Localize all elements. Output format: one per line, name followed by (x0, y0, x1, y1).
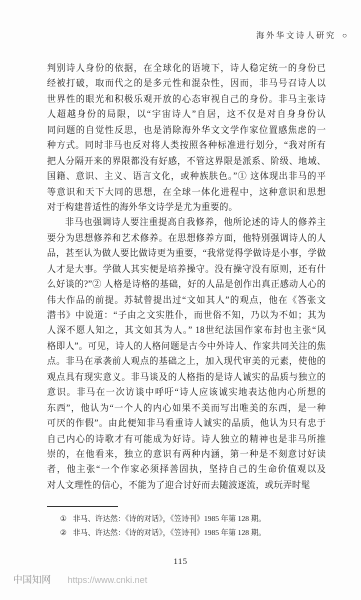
text-line: 伟大作品的前提。苏轼曾提出过“文如其人”的观点，他在《答张文 (47, 293, 326, 308)
text-line: 人深不愿人知之，其文如其为人。” 18世纪法国作家布封也主张“风 (47, 323, 326, 338)
text-line: 者，他主张“一个作家必须择善固执，坚持自己的生命价值观以及 (47, 462, 326, 477)
footnote-divider (47, 506, 118, 507)
text-line: 对人文理性的信心，不能为了迎合讨好而去随波逐流，或玩弄时髦 (47, 478, 326, 493)
text-line: 东西”，他认为“一个人的内心如果不美而写出唯美的东西，是一种 (47, 401, 326, 416)
text-line: 格即人”。可见，诗人的人格问题是古今中外诗人、作家共同关注的焦 (47, 339, 326, 354)
text-line: 种方式。同时非马也反对将人类按照各种标准进行划分，“我对所有 (47, 138, 326, 153)
text-line: 等意识和天下大同的思想，在全球一体化进程中，这种意识和思想 (47, 185, 326, 200)
footnote-marker: ① (60, 514, 67, 523)
text-line: 可厌的作假”。由此便知非马看重诗人诚实的品质，他认为只有忠于 (47, 416, 326, 431)
running-header-title: 海外华文诗人研究 (256, 31, 336, 40)
text-line: 点。非马在承袭前人观点的基础之上，加入现代审美的元素，使他的 (47, 354, 326, 369)
text-line: 要分为思想修养和艺术修养。在思想修养方面，他特别强调诗人的人 (47, 231, 326, 246)
text-line: 观点具有现实意义。非马谈及的人格指的是诗人诚实的品质与独立的 (47, 370, 326, 385)
text-line: 把人分隔开来的界限都没有好感，不管这界限是派系、阶级、地域、 (47, 154, 326, 169)
text-line: 人才是大事。学做人其实便是培养操守。没有操守没有原则，还有什 (47, 262, 326, 277)
running-header: 海外华文诗人研究 ○ (256, 30, 347, 41)
footnote: ①非马、许达然：《诗的对话》，《笠诗刊》1985 年第 128 期。 (60, 512, 340, 526)
section-circle-marker: ○ (342, 31, 347, 40)
article-body: 判别诗人身份的依据，在全球化的语境下，诗人稳定统一的身份已经被打破，取而代之的是… (47, 61, 326, 493)
document-page: 海外华文诗人研究 ○ 判别诗人身份的依据，在全球化的语境下，诗人稳定统一的身份已… (0, 0, 361, 600)
footnotes: ①非马、许达然：《诗的对话》，《笠诗刊》1985 年第 128 期。②非马、许达… (60, 512, 340, 539)
text-line: 品，甚至认为做人要比做诗更为重要，“我常觉得学做诗是小事，学做 (47, 246, 326, 261)
text-line: 非马也强调诗人要注重提高自我修养，他所论述的诗人的修养主 (47, 215, 326, 230)
footnote: ②非马、许达然：《诗的对话》，《笠诗刊》1985 年第 128 期。 (60, 526, 340, 540)
text-line: 自己内心的诗歌才有可能成为好诗。诗人独立的精神也是非马所推 (47, 432, 326, 447)
text-line: 经被打破，取而代之的是多元性和混杂性，因而，非马号召诗人以 (47, 76, 326, 91)
text-line: 么好谈的?”② 人格是诗格的基础，好的人品是创作出真正感动人心的 (47, 277, 326, 292)
cnki-brand: 中国知网 (13, 575, 51, 586)
text-line: 意识。非马在一次访谈中呼吁“诗人应该诚实地表达他内心所想的 (47, 385, 326, 400)
cnki-watermark: 中国知网 https://www.cnki.net (13, 572, 147, 586)
text-line: 崇的，在他看来，独立的意识有两种内涵，第一种是不刻意讨好读 (47, 447, 326, 462)
text-line: 同问题的自觉性反思，也是消除海外华文文学作家位置感焦虑的一 (47, 123, 326, 138)
text-line: 判别诗人身份的依据，在全球化的语境下，诗人稳定统一的身份已 (47, 61, 326, 76)
text-line: 潜书》中说道：“子由之文实胜仆，而世俗不知，乃以为不如；其为 (47, 308, 326, 323)
footnote-text: 非马、许达然：《诗的对话》，《笠诗刊》1985 年第 128 期。 (73, 514, 266, 523)
footnote-text: 非马、许达然：《诗的对话》，《笠诗刊》1985 年第 128 期。 (73, 528, 266, 537)
text-line: 人超越身份的局限，以“宇宙诗人”自居，这不仅是对自身身份认 (47, 107, 326, 122)
footnote-marker: ② (60, 528, 67, 537)
page-number: 115 (0, 556, 361, 566)
text-line: 国籍、意识、主义、语言文化，或种族肤色。”① 这体现出非马的平 (47, 169, 326, 184)
text-line: 世界性的眼光和积极乐观开放的心态审视自己的身份。非马主张诗 (47, 92, 326, 107)
cnki-url: https://www.cnki.net (68, 575, 148, 585)
text-line: 对于构建普适性的海外华文诗学是尤为重要的。 (47, 200, 326, 215)
